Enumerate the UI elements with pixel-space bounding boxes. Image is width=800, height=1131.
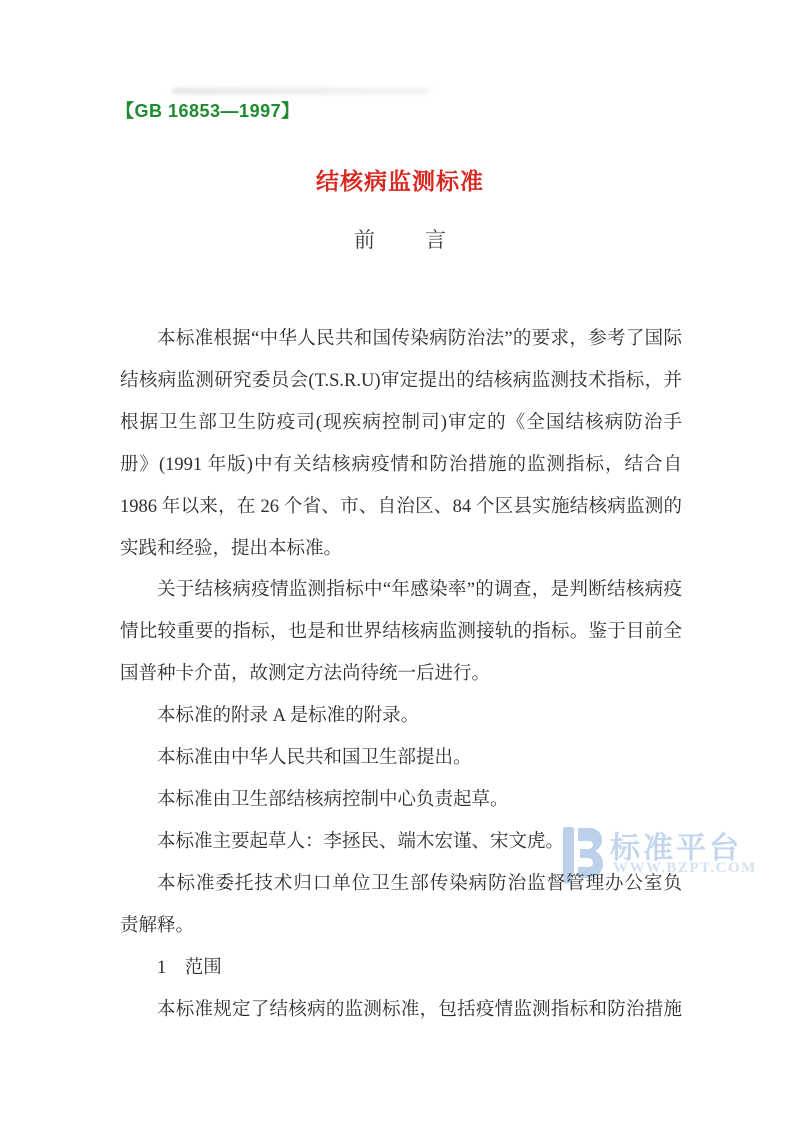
text-line: 结核病监测研究委员会(T.S.R.U)审定提出的结核病监测技术指标，并	[120, 361, 682, 403]
section-1-heading: 1 范围	[120, 948, 682, 990]
text-line: 责解释。	[120, 906, 682, 948]
text-line: 册》(1991 年版)中有关结核病疫情和防治措施的监测指标，结合自	[120, 445, 682, 487]
text-line: 1986 年以来，在 26 个省、市、自治区、84 个区县实施结核病监测的	[120, 487, 682, 529]
scan-artifact	[172, 88, 430, 94]
text-line: 实践和经验，提出本标准。	[120, 529, 682, 571]
foreword-heading: 前 言	[0, 224, 800, 254]
text-line: 本标准的附录 A 是标准的附录。	[120, 696, 682, 738]
body-text: 本标准根据“中华人民共和国传染病防治法”的要求，参考了国际 结核病监测研究委员会…	[120, 319, 682, 1031]
text-line: 国普种卡介苗，故测定方法尚待统一后进行。	[120, 654, 682, 696]
text-line: 关于结核病疫情监测指标中“年感染率”的调查，是判断结核病疫	[120, 570, 682, 612]
text-line: 根据卫生部卫生防疫司(现疾病控制司)审定的《全国结核病防治手	[120, 403, 682, 445]
foreword-char-right: 言	[425, 224, 446, 254]
text-line: 本标准规定了结核病的监测标准，包括疫情监测指标和防治措施	[120, 990, 682, 1032]
document-title: 结核病监测标准	[0, 163, 800, 196]
text-line: 本标准由卫生部结核病控制中心负责起草。	[120, 780, 682, 822]
text-line: 情比较重要的指标，也是和世界结核病监测接轨的指标。鉴于目前全	[120, 612, 682, 654]
text-line: 本标准委托技术归口单位卫生部传染病防治监督管理办公室负	[120, 864, 682, 906]
text-line: 本标准主要起草人：李拯民、端木宏谨、宋文虎。	[120, 822, 682, 864]
foreword-char-left: 前	[354, 224, 375, 254]
standard-code: 【GB 16853—1997】	[116, 97, 300, 123]
text-line: 本标准根据“中华人民共和国传染病防治法”的要求，参考了国际	[120, 319, 682, 361]
text-line: 本标准由中华人民共和国卫生部提出。	[120, 738, 682, 780]
document-page: 【GB 16853—1997】 结核病监测标准 前 言 本标准根据“中华人民共和…	[0, 0, 800, 1131]
